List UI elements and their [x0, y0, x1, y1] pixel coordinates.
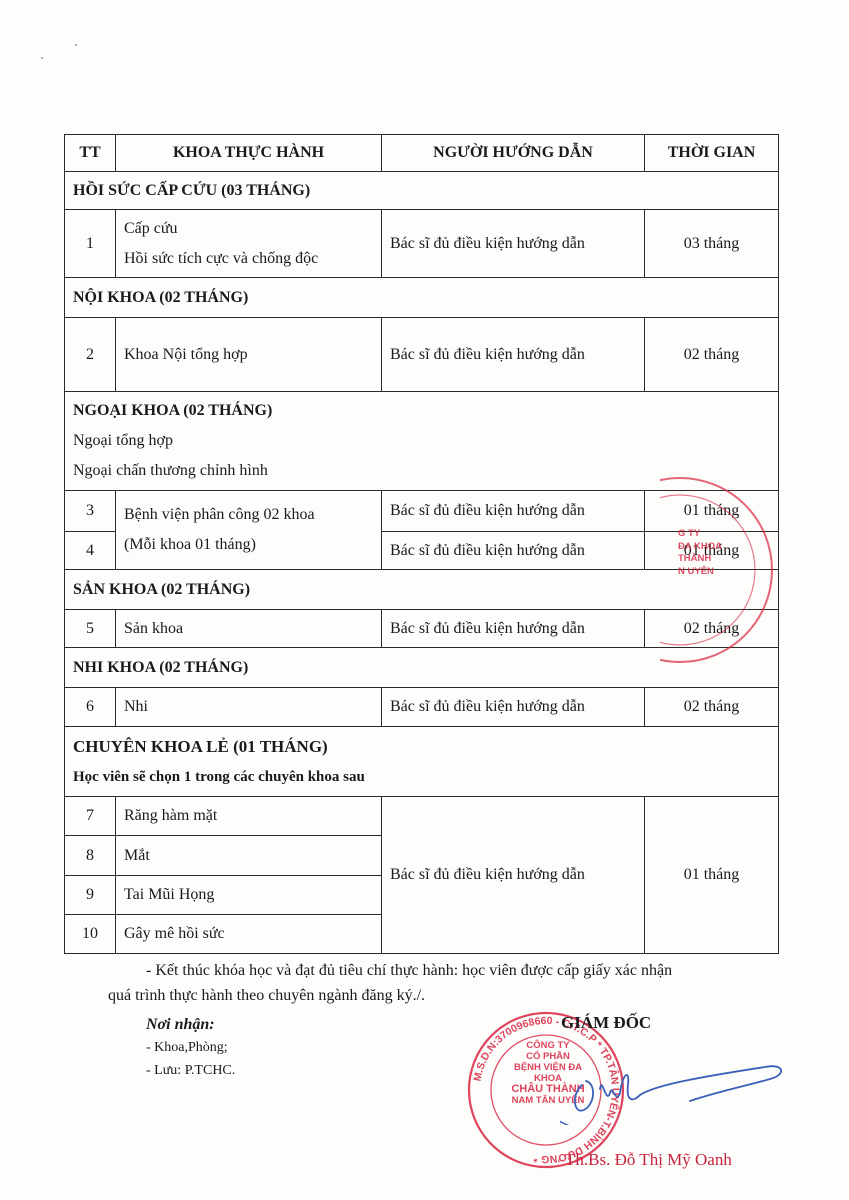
section-row: NỘI KHOA (02 THÁNG): [65, 278, 779, 318]
section-note: Học viên sẽ chọn 1 trong các chuyên khoa…: [73, 762, 770, 792]
section-subtitle: Ngoại chấn thương chỉnh hình: [73, 456, 770, 486]
section-block: NGOẠI KHOA (02 THÁNG) Ngoại tổng hợp Ngo…: [65, 392, 779, 491]
recipient-item: - Khoa,Phòng;: [146, 1036, 235, 1059]
scan-speck: [75, 44, 77, 46]
recipients-block: Nơi nhận: - Khoa,Phòng; - Lưu: P.TCHC.: [146, 1013, 235, 1082]
row-nguoi-huong-dan: Bác sĩ đủ điều kiện hướng dẫn: [382, 532, 645, 570]
row-thoi-gian-shared: 01 tháng: [645, 797, 779, 954]
row-tt: 10: [65, 915, 116, 954]
section-title: NHI KHOA (02 THÁNG): [65, 648, 779, 688]
section-title: HỒI SỨC CẤP CỨU (03 THÁNG): [65, 172, 779, 210]
table-row: 2 Khoa Nội tổng hợp Bác sĩ đủ điều kiện …: [65, 318, 779, 392]
row-thoi-gian: 03 tháng: [645, 210, 779, 278]
row-tt: 7: [65, 797, 116, 836]
header-tt: TT: [65, 135, 116, 172]
section-row: NHI KHOA (02 THÁNG): [65, 648, 779, 688]
row-thoi-gian: 02 tháng: [645, 610, 779, 648]
row-khoa-shared: Bệnh viện phân công 02 khoa (Mỗi khoa 01…: [116, 491, 382, 570]
table-row: 3 Bệnh viện phân công 02 khoa (Mỗi khoa …: [65, 491, 779, 532]
row-thoi-gian: 02 tháng: [645, 318, 779, 392]
recipient-item: - Lưu: P.TCHC.: [146, 1059, 235, 1082]
row-thoi-gian: 02 tháng: [645, 688, 779, 727]
section-title: SẢN KHOA (02 THÁNG): [65, 570, 779, 610]
header-khoa-thuc-hanh: KHOA THỰC HÀNH: [116, 135, 382, 172]
row-tt: 2: [65, 318, 116, 392]
table-row: 7 Răng hàm mặt Bác sĩ đủ điều kiện hướng…: [65, 797, 779, 836]
row-khoa: Răng hàm mặt: [116, 797, 382, 836]
row-tt: 8: [65, 836, 116, 876]
section-title: NỘI KHOA (02 THÁNG): [65, 278, 779, 318]
scan-speck: [41, 57, 43, 59]
table-row: 1 Cấp cứu Hồi sức tích cực và chống độc …: [65, 210, 779, 278]
row-tt: 1: [65, 210, 116, 278]
khoa-line: (Mỗi khoa 01 tháng): [124, 530, 373, 560]
stamp-line: ĐA KHOA: [678, 541, 722, 554]
section-row: HỒI SỨC CẤP CỨU (03 THÁNG): [65, 172, 779, 210]
section-row: CHUYÊN KHOA LẺ (01 THÁNG) Học viên sẽ ch…: [65, 727, 779, 797]
signature-icon: [560, 1045, 790, 1125]
row-khoa: Sản khoa: [116, 610, 382, 648]
row-khoa: Mắt: [116, 836, 382, 876]
stamp-line: G TY: [678, 528, 722, 541]
table-row: 5 Sản khoa Bác sĩ đủ điều kiện hướng dẫn…: [65, 610, 779, 648]
header-nguoi-huong-dan: NGƯỜI HƯỚNG DẪN: [382, 135, 645, 172]
row-khoa: Tai Mũi Họng: [116, 876, 382, 915]
director-title: GIÁM ĐỐC: [561, 1013, 651, 1033]
row-nguoi-huong-dan-shared: Bác sĩ đủ điều kiện hướng dẫn: [382, 797, 645, 954]
practice-schedule-table: TT KHOA THỰC HÀNH NGƯỜI HƯỚNG DẪN THỜI G…: [64, 134, 779, 954]
row-tt: 4: [65, 532, 116, 570]
row-tt: 5: [65, 610, 116, 648]
stamp-line: THÀNH: [678, 553, 722, 566]
table-header-row: TT KHOA THỰC HÀNH NGƯỜI HƯỚNG DẪN THỜI G…: [65, 135, 779, 172]
section-title: CHUYÊN KHOA LẺ (01 THÁNG): [73, 732, 770, 762]
recipients-title: Nơi nhận:: [146, 1013, 235, 1036]
row-nguoi-huong-dan: Bác sĩ đủ điều kiện hướng dẫn: [382, 688, 645, 727]
row-thoi-gian: 01 tháng: [645, 491, 779, 532]
khoa-line: Bệnh viện phân công 02 khoa: [124, 500, 373, 530]
row-nguoi-huong-dan: Bác sĩ đủ điều kiện hướng dẫn: [382, 610, 645, 648]
section-row: SẢN KHOA (02 THÁNG): [65, 570, 779, 610]
section-title: NGOẠI KHOA (02 THÁNG): [73, 396, 770, 426]
row-nguoi-huong-dan: Bác sĩ đủ điều kiện hướng dẫn: [382, 210, 645, 278]
closing-note-line: quá trình thực hành theo chuyên ngành đă…: [108, 983, 788, 1008]
table-row: 6 Nhi Bác sĩ đủ điều kiện hướng dẫn 02 t…: [65, 688, 779, 727]
row-nguoi-huong-dan: Bác sĩ đủ điều kiện hướng dẫn: [382, 318, 645, 392]
section-block: CHUYÊN KHOA LẺ (01 THÁNG) Học viên sẽ ch…: [65, 727, 779, 797]
header-thoi-gian: THỜI GIAN: [645, 135, 779, 172]
director-name: Th.Bs. Đỗ Thị Mỹ Oanh: [565, 1150, 732, 1170]
khoa-line: Cấp cứu: [124, 214, 373, 244]
row-nguoi-huong-dan: Bác sĩ đủ điều kiện hướng dẫn: [382, 491, 645, 532]
row-khoa: Cấp cứu Hồi sức tích cực và chống độc: [116, 210, 382, 278]
row-tt: 9: [65, 876, 116, 915]
section-row: NGOẠI KHOA (02 THÁNG) Ngoại tổng hợp Ngo…: [65, 392, 779, 491]
section-subtitle: Ngoại tổng hợp: [73, 426, 770, 456]
partial-stamp-text: G TY ĐA KHOA THÀNH N UYÊN: [678, 528, 722, 578]
closing-note: - Kết thúc khóa học và đạt đủ tiêu chí t…: [108, 958, 788, 1008]
row-tt: 3: [65, 491, 116, 532]
row-tt: 6: [65, 688, 116, 727]
row-khoa: Nhi: [116, 688, 382, 727]
closing-note-line: - Kết thúc khóa học và đạt đủ tiêu chí t…: [108, 958, 788, 983]
stamp-line: N UYÊN: [678, 566, 722, 579]
row-khoa: Gây mê hồi sức: [116, 915, 382, 954]
document-page: TT KHOA THỰC HÀNH NGƯỜI HƯỚNG DẪN THỜI G…: [0, 0, 849, 1200]
khoa-line: Hồi sức tích cực và chống độc: [124, 244, 373, 274]
row-khoa: Khoa Nội tổng hợp: [116, 318, 382, 392]
